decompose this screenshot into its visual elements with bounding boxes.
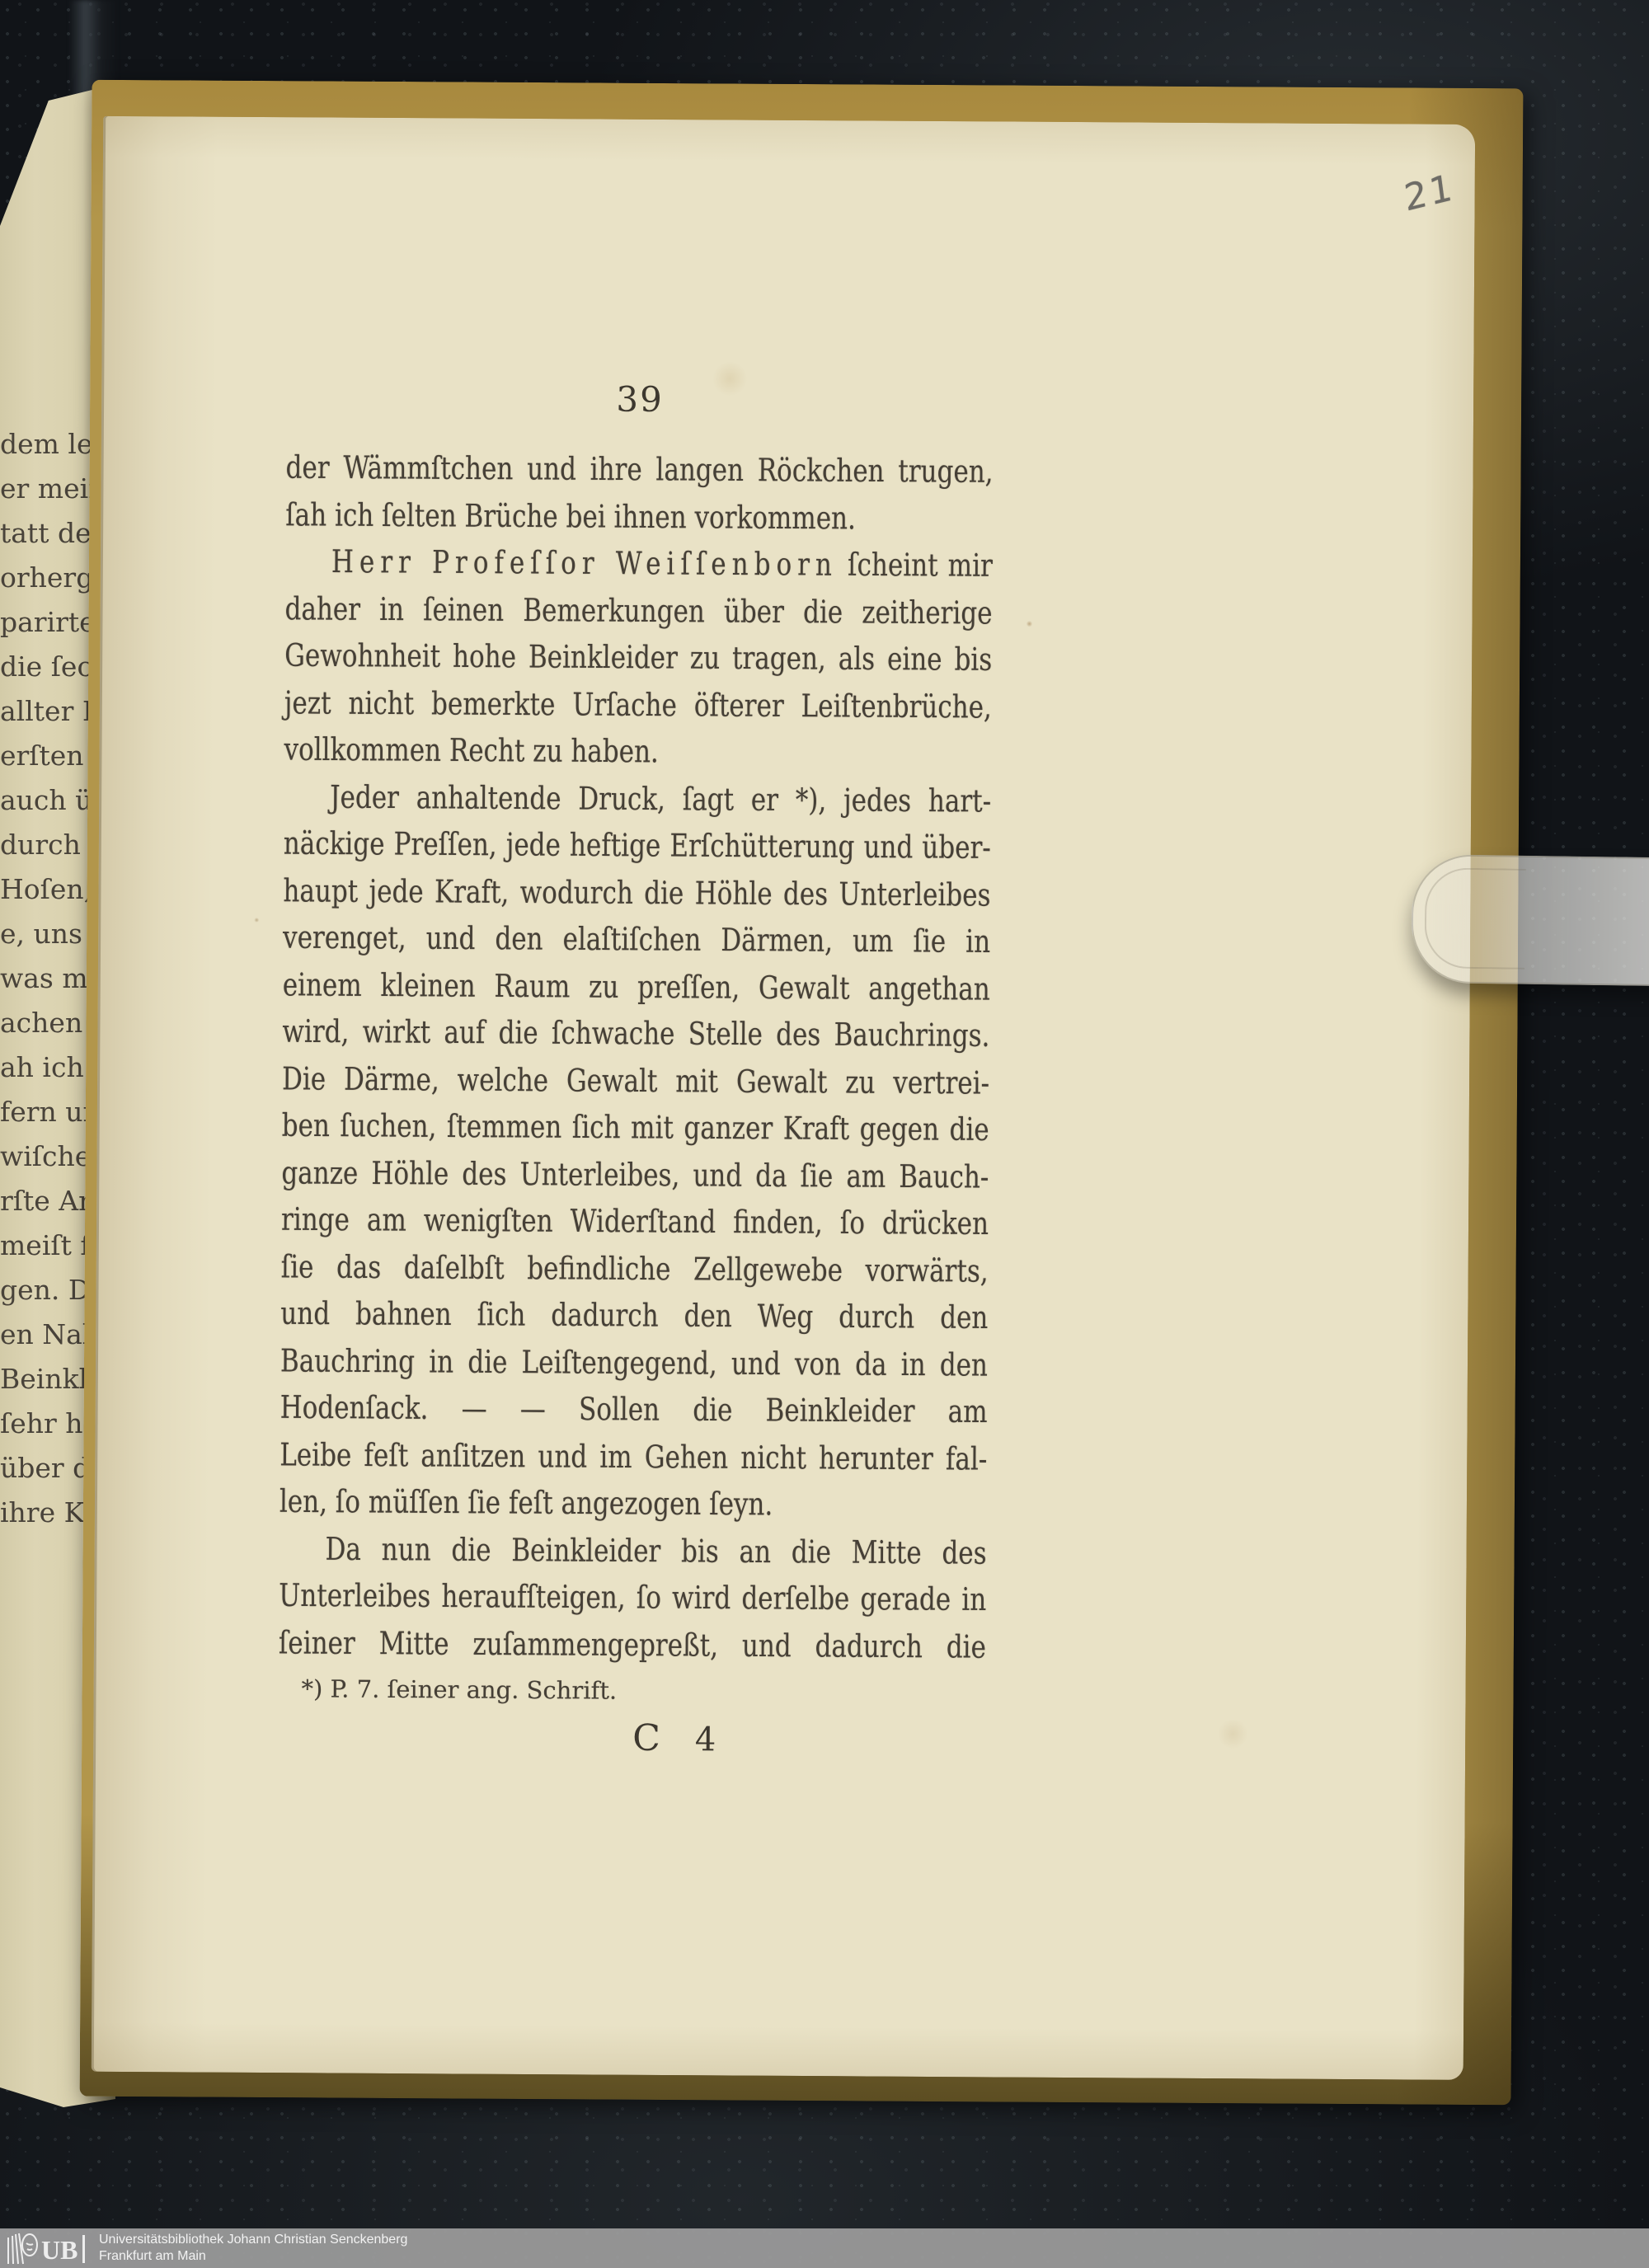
body-text-line: Da nun die Beinkleider bis an die Mitte … <box>279 1525 986 1576</box>
edge-fragment-line: tatt des Ge- <box>0 511 102 556</box>
scanned-book-page-photo: dem lebens-er meiſt ſehrtatt des Ge-orhe… <box>0 0 1649 2268</box>
ub-logo-graphic: UB <box>5 2231 87 2266</box>
edge-fragment-line: die ſechste, <box>0 645 102 689</box>
body-text-line: Herr Profeſſor Weiſſenborn ſcheint mir <box>285 538 993 589</box>
edge-fragment-line: er meiſt ſehr <box>0 467 102 511</box>
body-text-line: ſah ich ſelten Brüche bei ihnen vorkomme… <box>285 491 993 542</box>
signature-gathering: C <box>632 1717 660 1759</box>
signature-leaf: 4 <box>695 1721 716 1759</box>
body-text-line: wird, wirkt auf die ſchwache Stelle des … <box>282 1008 989 1059</box>
page-block: 21 39 der Wämmſtchen und ihre langen Röc… <box>80 80 1524 2106</box>
body-text-line: len, ſo müſſen ſie feſt angezogen ſeyn. <box>280 1478 987 1529</box>
body-text-line: Jeder anhaltende Druck, ſagt er *), jede… <box>284 773 991 824</box>
body-text-line: daher in ſeinen Bemerkungen über die zei… <box>284 585 992 636</box>
svg-text:UB: UB <box>41 2235 78 2265</box>
body-text-line: Gewohnheit hohe Beinkleider zu tragen, a… <box>284 632 992 683</box>
edge-fragment-line: dem lebens- <box>0 422 102 467</box>
body-text-line: der Wämmſtchen und ihre langen Röckchen … <box>285 444 993 495</box>
body-text-line: ringe am wenigſten Widerſtand finden, ſo… <box>281 1196 989 1247</box>
body-text-line: haupt jede Kraft, wodurch die Höhle des … <box>283 867 990 918</box>
signature-mark: C4 <box>278 1715 985 1761</box>
body-text-line: einem kleinen Raum zu preſſen, Gewalt an… <box>283 961 990 1012</box>
body-text-line: vollkommen Recht zu haben. <box>284 726 991 777</box>
body-text-line: verenget, und den elaſtiſchen Därmen, um… <box>283 914 990 965</box>
body-text-line: und bahnen ſich dadurch den Weg durch de… <box>280 1290 988 1341</box>
body-text-line: ſie das daſelbſt befindliche Zellgewebe … <box>281 1243 989 1294</box>
body-text-line: Bauchring in die Leiſtengegend, und von … <box>280 1337 988 1388</box>
page-holder-strip <box>1411 854 1649 986</box>
edge-fragment-line: allter Hoſen <box>0 689 102 734</box>
body-text-line: Hodenſack. — — Sollen die Beinkleider am <box>280 1384 987 1435</box>
body-text-line: ganze Höhle des Unterleibes, und da ſie … <box>281 1149 989 1200</box>
body-text-line: Die Därme, welche Gewalt mit Gewalt zu v… <box>282 1055 989 1106</box>
body-text-line: ſeiner Mitte zuſammengepreßt, und dadurc… <box>279 1619 986 1670</box>
edge-fragment-line: orhergehende <box>0 556 102 600</box>
watermark-line2: Frankfurt am Main <box>99 2248 407 2265</box>
watermark-text: Universitätsbibliothek Johann Christian … <box>99 2232 407 2265</box>
edge-fragment-line: parirte erb- <box>0 600 102 645</box>
body-text-line: Unterleibes heraufſteigen, ſo wird derſe… <box>279 1572 986 1623</box>
watermark-line1: Universitätsbibliothek Johann Christian … <box>99 2232 407 2248</box>
handwritten-folio-number: 21 <box>1402 166 1457 219</box>
body-text-line: jezt nicht bemerkte Urſache öfterer Leiſ… <box>284 679 992 730</box>
page-number: 39 <box>286 377 994 421</box>
ub-logo: UB <box>5 2230 87 2266</box>
page-paper: 21 39 der Wämmſtchen und ihre langen Röc… <box>92 116 1475 2080</box>
spaced-author-name: Herr Profeſſor Weiſſenborn <box>331 544 838 584</box>
body-text-line: ben ſuchen, ſtemmen ſich mit ganzer Kraf… <box>282 1102 989 1153</box>
body-text: der Wämmſtchen und ihre langen Röckchen … <box>279 444 994 1670</box>
body-text-line: näckige Preſſen, jede heftige Erſchütter… <box>284 820 991 871</box>
footnote: *) P. 7. ſeiner ang. Schrift. <box>301 1674 617 1704</box>
body-text-line: Leibe feſt anſitzen und im Gehen nicht h… <box>280 1431 987 1482</box>
library-watermark: UB Universitätsbibliothek Johann Christi… <box>0 2228 1649 2268</box>
